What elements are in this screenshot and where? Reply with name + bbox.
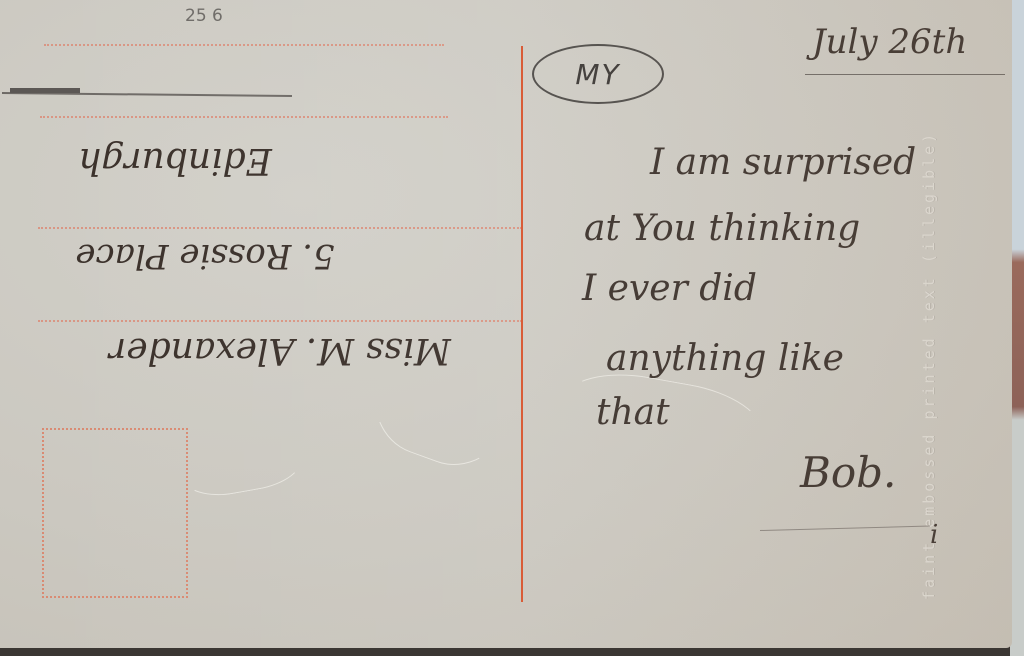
circled-mark: MY — [532, 44, 664, 104]
message-line-5: that — [596, 392, 670, 433]
date: July 26th — [812, 22, 967, 62]
postscript-mark: i — [930, 520, 938, 550]
stamp-box — [42, 428, 188, 598]
background-surface — [1010, 0, 1024, 656]
circled-mark-text: MY — [575, 58, 620, 91]
address-street: 5. Rossie Place — [40, 236, 370, 276]
message-line-2: at You thinking — [584, 208, 860, 249]
address-city: Edinburgh — [10, 140, 340, 181]
pencil-smudge — [10, 88, 80, 93]
embossed-flourish — [176, 420, 307, 502]
address-line-2 — [40, 116, 448, 118]
embossed-flourish — [357, 281, 546, 482]
message-line-3: I ever did — [582, 268, 757, 309]
message-line-1: I am surprised — [650, 142, 916, 183]
embossed-text: faint embossed printed text (illegible) — [920, 60, 950, 600]
pencil-stroke — [760, 526, 930, 531]
date-underline — [805, 74, 1005, 75]
postcard: 25 6 Miss M. Alexander 5. Rossie Place E… — [0, 0, 1012, 648]
signature: Bob. — [800, 448, 896, 497]
catalog-mark: 25 6 — [185, 6, 223, 26]
address-line-1 — [44, 44, 444, 46]
center-divider-line — [521, 46, 523, 602]
address-line-3 — [38, 227, 522, 229]
message-line-4: anything like — [606, 338, 844, 379]
